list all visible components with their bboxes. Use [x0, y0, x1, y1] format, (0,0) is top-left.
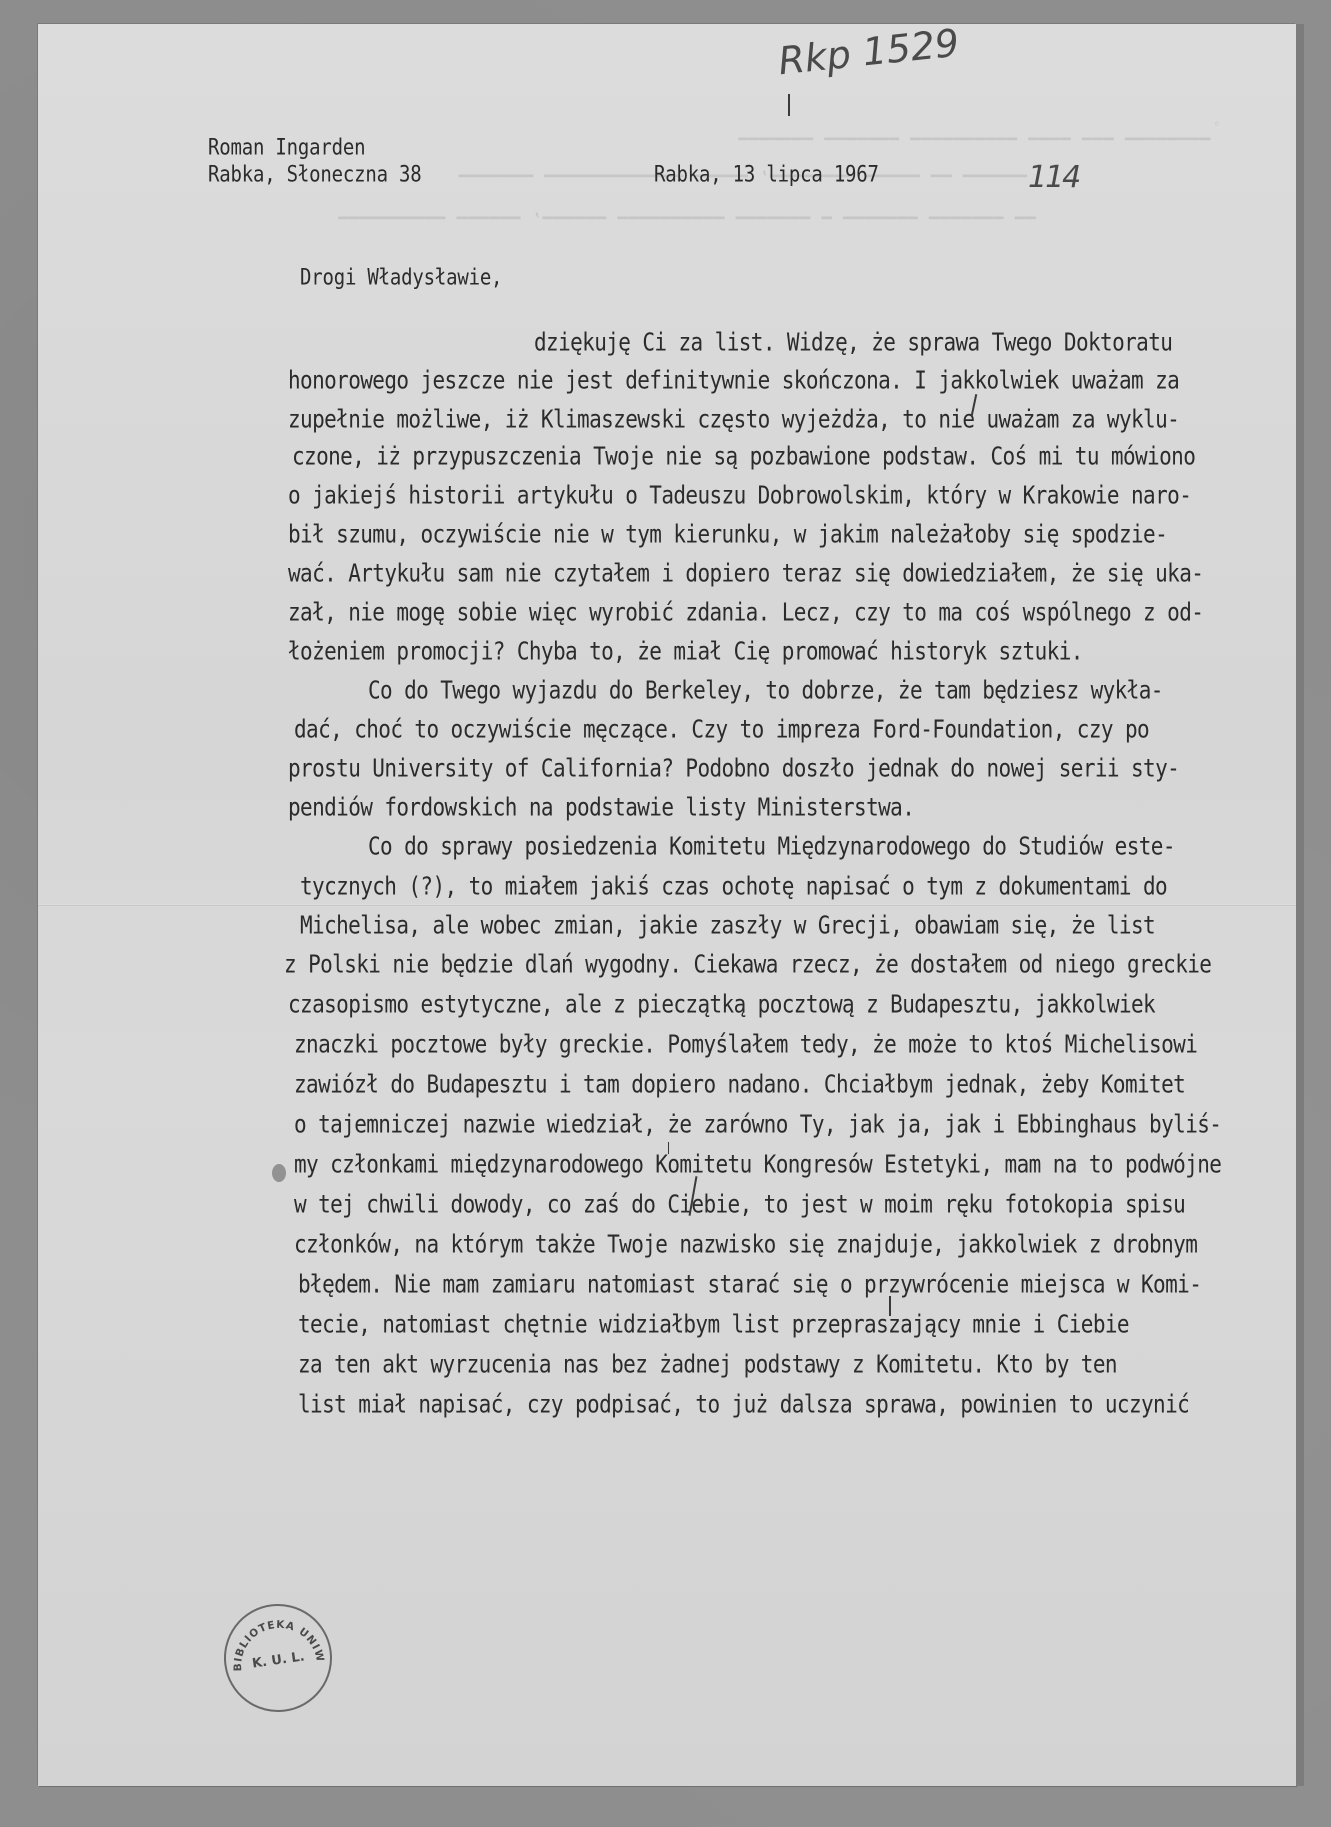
letter-page: ﾟ▁▁▁▁▁▁▁▁ ▁▁▁ ▁▁▁▁ ▁▁▁▁▁▁▁▁▁▁ ▁▁▁▁▁▁▁ ▁▁…	[38, 24, 1296, 1786]
letter-line: błędem. Nie mam zamiaru natomiast starać…	[298, 1272, 1201, 1297]
letter-line: w tej chwili dowody, co zaś do Ciebie, t…	[294, 1192, 1185, 1217]
letter-line: za ten akt wyrzucenia nas bez żadnej pod…	[298, 1352, 1117, 1377]
letter-line: zał, nie mogę sobie więc wyrobić zdania.…	[288, 600, 1203, 625]
letter-line: o tajemniczej nazwie wiedział, że zarówn…	[294, 1112, 1221, 1137]
letter-line: prostu University of California? Podobno…	[288, 756, 1179, 781]
correction-mark	[889, 1296, 891, 1316]
ink-blot	[272, 1164, 286, 1182]
correction-mark	[668, 1142, 669, 1154]
letter-line: dać, choć to oczywiście męczące. Czy to …	[294, 717, 1149, 742]
letter-line: wać. Artykułu sam nie czytałem i dopiero…	[288, 561, 1203, 586]
letter-line: Co do Twego wyjazdu do Berkeley, to dobr…	[368, 678, 1163, 703]
library-stamp: BIBLIOTEKA UNIWERSYTECKA K. U. L.	[217, 1597, 339, 1719]
sender-address: Rabka, Słoneczna 38	[208, 164, 422, 186]
svg-text:K. U. L.: K. U. L.	[251, 1649, 305, 1671]
letter-line: Michelisa, ale wobec zmian, jakie zaszły…	[300, 913, 1155, 938]
salutation: Drogi Władysławie,	[300, 267, 502, 289]
bleed-through-texture: ▁▁ ▁▁▁▁▁▁▁ ▁▁▁▁▁▁▁ ▁ ▁▁▁▁▁▁▁ ▁▁▁▁▁▁▁▁▁▁ …	[338, 200, 1036, 220]
letter-line: czone, iż przypuszczenia Twoje nie są po…	[292, 444, 1195, 469]
stamp-icon: BIBLIOTEKA UNIWERSYTECKA K. U. L.	[219, 1599, 336, 1716]
letter-line: zawiózł do Budapesztu i tam dopiero nada…	[294, 1072, 1185, 1097]
letter-line: czasopismo estytyczne, ale z pieczątką p…	[288, 992, 1155, 1017]
letter-line: honorowego jeszcze nie jest definitywnie…	[288, 368, 1179, 393]
letter-line: z Polski nie będzie dlań wygodny. Ciekaw…	[284, 952, 1211, 977]
place-date: Rabka, 13 lipca 1967	[654, 164, 879, 186]
sender-name: Roman Ingarden	[208, 137, 365, 159]
letter-line: my członkami międzynarodowego Komitetu K…	[294, 1152, 1221, 1177]
shelfmark-stroke	[788, 94, 790, 116]
letter-line: tycznych (?), to miałem jakiś czas ochot…	[300, 874, 1167, 899]
letter-line: zupełnie możliwe, iż Klimaszewski często…	[288, 407, 1179, 432]
letter-line: dziękuję Ci za list. Widzę, że sprawa Tw…	[534, 330, 1172, 355]
archive-shelfmark: Rkp 1529	[776, 21, 961, 84]
letter-line: tecie, natomiast chętnie widziałbym list…	[298, 1312, 1129, 1337]
letter-line: o jakiejś historii artykułu o Tadeuszu D…	[288, 483, 1191, 508]
letter-line: łożeniem promocji? Chyba to, że miał Cię…	[288, 639, 1083, 664]
letter-line: znaczki pocztowe były greckie. Pomyślałe…	[294, 1032, 1197, 1057]
bleed-through-texture: ﾟ▁▁▁▁▁▁▁▁ ▁▁▁ ▁▁▁▁ ▁▁▁▁▁▁▁▁▁▁ ▁▁▁▁▁▁▁ ▁▁…	[738, 116, 1219, 141]
folio-number: 114	[1028, 160, 1079, 195]
letter-line: list miał napisać, czy podpisać, to już …	[298, 1392, 1189, 1417]
letter-line: Co do sprawy posiedzenia Komitetu Między…	[368, 834, 1175, 859]
fold-crease	[38, 904, 1296, 906]
letter-line: bił szumu, oczywiście nie w tym kierunku…	[288, 522, 1167, 547]
letter-line: pendiów fordowskich na podstawie listy M…	[288, 795, 914, 820]
letter-line: członków, na którym także Twoje nazwisko…	[294, 1232, 1197, 1257]
